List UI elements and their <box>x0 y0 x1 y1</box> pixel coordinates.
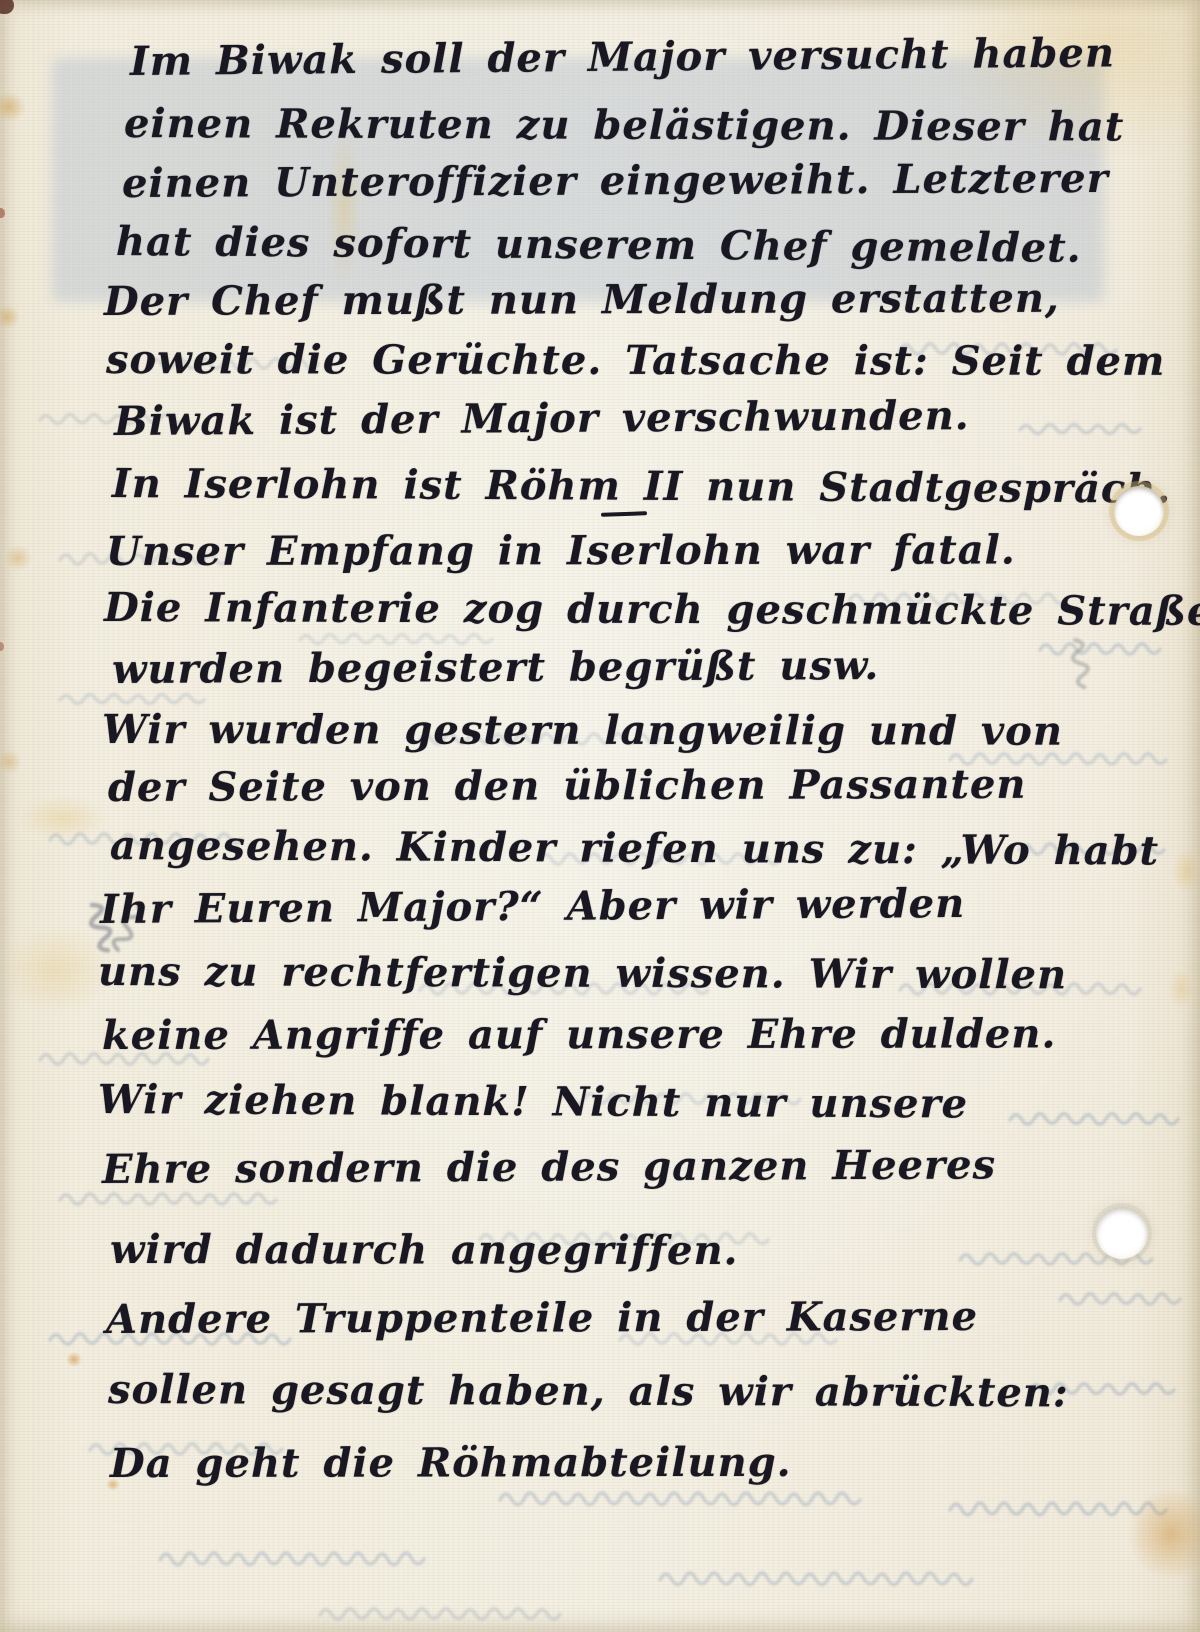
letter-line: der Seite von den üblichen Passanten <box>108 761 1027 811</box>
letter-line: wird dadurch angegriffen. <box>110 1226 739 1274</box>
letter-line: angesehen. Kinder riefen uns zu: „Wo hab… <box>110 822 1159 874</box>
letter-line: einen Rekruten zu belästigen. Dieser hat <box>124 100 1124 150</box>
letter-line: wurden begeistert begrüßt usw. <box>112 642 879 693</box>
letter-line: Andere Truppenteile in der Kaserne <box>106 1293 978 1343</box>
letter-line: hat dies sofort unserem Chef gemeldet. <box>116 218 1082 272</box>
letter-line: Da geht die Röhmabteilung. <box>110 1439 792 1487</box>
letter-line: keine Angriffe auf unsere Ehre dulden. <box>102 1010 1056 1059</box>
letter-line: Im Biwak soll der Major versucht haben <box>130 29 1115 85</box>
letter-line: sollen gesagt haben, als wir abrückten: <box>108 1366 1069 1416</box>
letter-line: Ihr Euren Major?“ Aber wir werden <box>100 880 966 933</box>
letter-line: uns zu rechtfertigen wissen. Wir wollen <box>98 948 1067 998</box>
letter-page: Im Biwak soll der Major versucht habenei… <box>0 0 1200 1632</box>
letter-line: In Iserlohn ist Röhm II nun Stadtgespräc… <box>112 460 1172 513</box>
letter-line: Ehre sondern die des ganzen Heeres <box>102 1141 996 1193</box>
letter-line: Wir ziehen blank! Nicht nur unsere <box>98 1076 968 1128</box>
letter-line: Unser Empfang in Iserlohn war fatal. <box>106 526 1016 575</box>
punch-hole <box>1114 486 1164 536</box>
letter-body: Im Biwak soll der Major versucht habenei… <box>0 0 1200 1632</box>
letter-line: Wir wurden gestern langweilig und von <box>102 706 1063 755</box>
letter-line: soweit die Gerüchte. Tatsache ist: Seit … <box>106 336 1165 385</box>
punch-hole <box>1096 1207 1148 1259</box>
letter-line: Die Infanterie zog durch geschmückte Str… <box>104 584 1200 635</box>
letter-line: Biwak ist der Major verschwunden. <box>114 392 970 445</box>
letter-line: einen Unteroffizier eingeweiht. Letztere… <box>122 155 1109 207</box>
letter-line: Der Chef mußt nun Meldung erstatten, <box>104 275 1060 325</box>
